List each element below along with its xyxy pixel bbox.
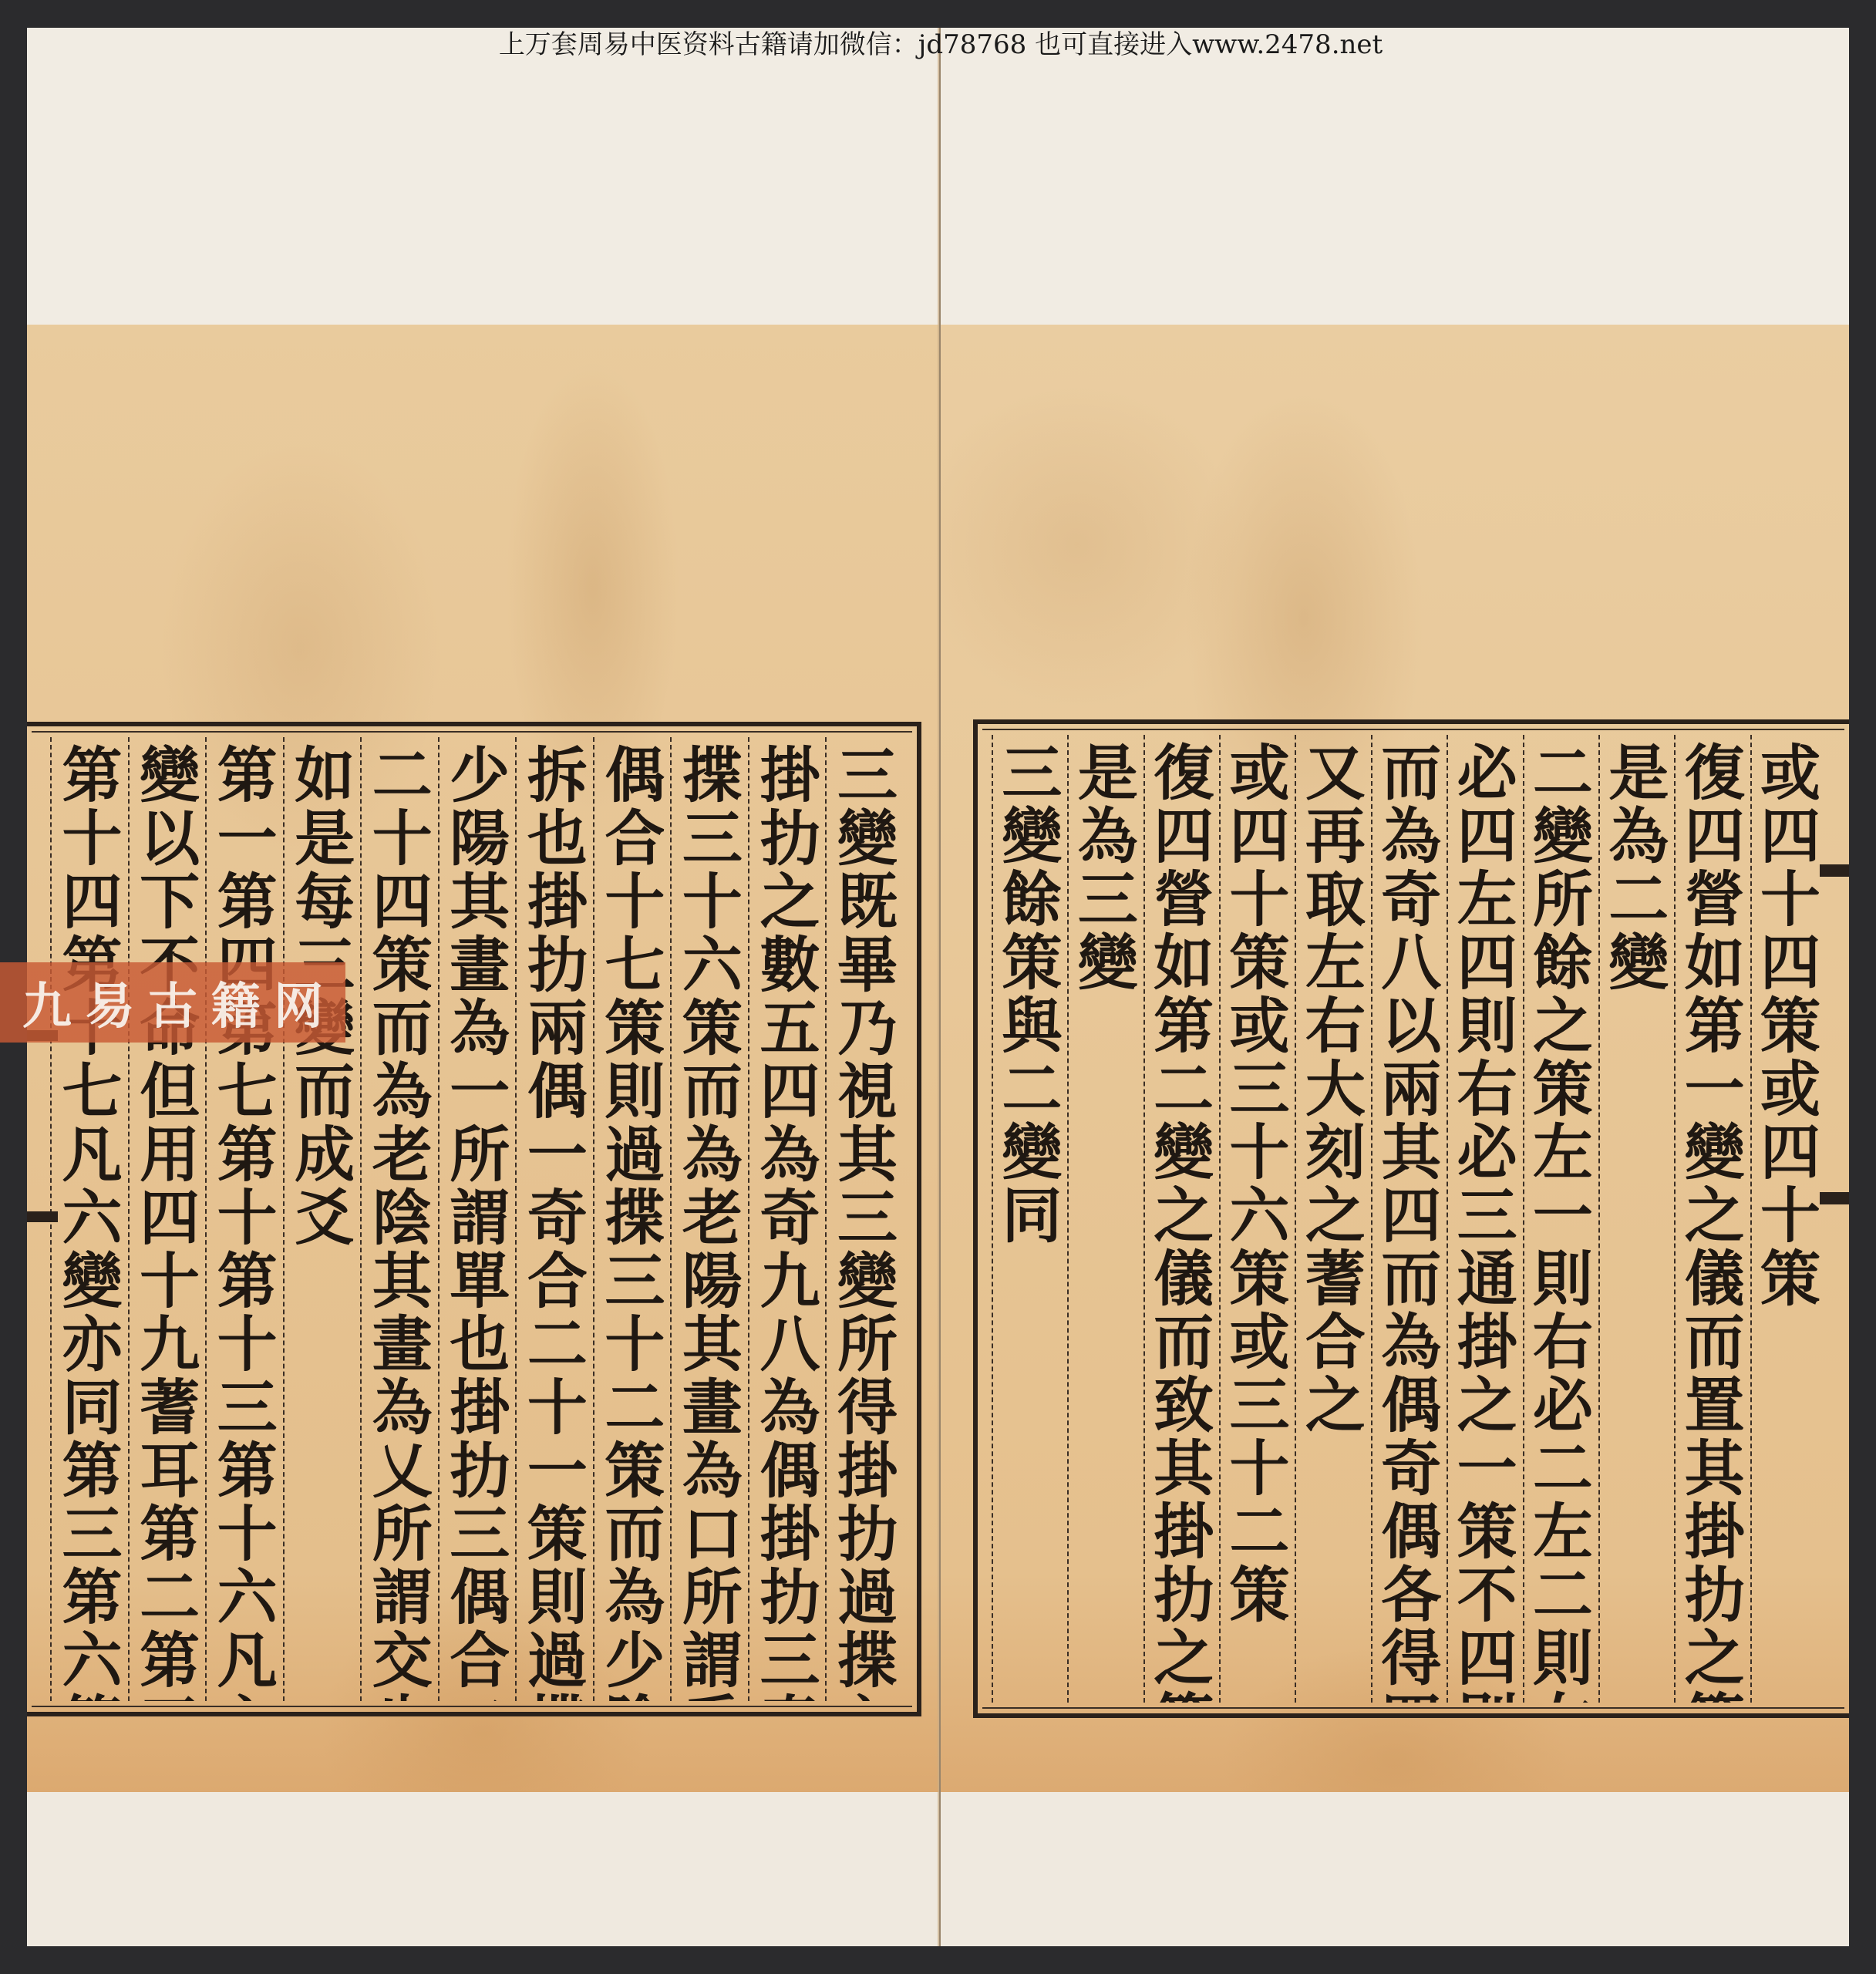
text-column: 第一第四第七第十第十三第十六凡六變並同但第三 [205, 737, 283, 1701]
header-watermark: 上万套周易中医资料古籍请加微信：jd78768 也可直接进入www.2478.n… [463, 28, 1419, 62]
left-page-paper: 三變既畢乃視其三變所得掛扐過揲之策而畫其爻於版 掛扐之數五四為奇九八為偶掛扐三奇… [27, 325, 939, 1792]
left-page-print-frame: 三變既畢乃視其三變所得掛扐過揲之策而畫其爻於版 掛扐之數五四為奇九八為偶掛扐三奇… [27, 722, 921, 1716]
text-column: 如是每三變而成爻 [283, 737, 361, 1701]
text-column: 是為三變 [1067, 735, 1143, 1703]
text-column: 少陽其畫為一所謂單也掛扐三偶合二十五策則過揲 [438, 737, 516, 1701]
text-column: 掛扐之數五四為奇九八為偶掛扐三奇合十三策則過 [748, 737, 826, 1701]
text-column: 必四左四則右必三通掛之一策不四則八四以一其四 [1447, 735, 1522, 1703]
right-page: 或四十四策或四十策 復四營如第一變之儀而置其掛扐之策於格上第二小刻 是為二變 二… [941, 28, 1849, 1946]
left-page-top-margin [27, 28, 939, 325]
right-page-bottom-margin [941, 1792, 1849, 1946]
text-column: 又再取左右大刻之蓍合之 [1295, 735, 1370, 1703]
left-page-bottom-margin [27, 1792, 939, 1946]
fold-margin-mark [27, 1211, 58, 1222]
text-column: 三變餘策與二變同 [992, 735, 1067, 1703]
text-column: 二變所餘之策左一則右必二左二則右必一左三則右 [1523, 735, 1598, 1703]
text-column: 三變既畢乃視其三變所得掛扐過揲之策而畫其爻於版 [825, 737, 903, 1701]
banner-char: 九 [22, 967, 72, 1038]
text-column: 是為二變 [1598, 735, 1674, 1703]
banner-char: 古 [148, 967, 197, 1038]
fold-margin-mark [1820, 864, 1849, 877]
text-column: 復四營如第一變之儀而置其掛扐之策於格上第二小刻 [1674, 735, 1750, 1703]
text-column: 偶合十七策則過揲三十二策而為少陰其畫為一所謂 [593, 737, 671, 1701]
text-column: 變以下不命但用四十九蓍耳第二第五第八第十一 [128, 737, 206, 1701]
banner-char: 籍 [211, 967, 261, 1038]
book-scan: 三變既畢乃視其三變所得掛扐過揲之策而畫其爻於版 掛扐之數五四為奇九八為偶掛扐三奇… [0, 0, 1876, 1974]
text-column: 二十四策而為老陰其畫為乂所謂交也 [360, 737, 438, 1701]
right-page-top-margin [941, 28, 1849, 325]
text-column: 第十四第十七凡六變亦同第三第六第九第十二第十 [50, 737, 128, 1701]
banner-char: 网 [274, 967, 323, 1038]
banner-char: 易 [85, 967, 134, 1038]
text-column: 揲三十六策而為老陽其畫為口所謂重也掛扐兩奇一 [670, 737, 748, 1701]
right-page-paper: 或四十四策或四十策 復四營如第一變之儀而置其掛扐之策於格上第二小刻 是為二變 二… [941, 325, 1849, 1792]
text-column: 或四十策或三十六策或三十二策 [1219, 735, 1295, 1703]
text-column: 而為奇八以兩其四而為偶奇偶各得四之二焉 [1371, 735, 1447, 1703]
fold-margin-mark [1820, 1192, 1849, 1204]
side-watermark-banner: 九 易 古 籍 网 [0, 962, 345, 1043]
book-spine-fold [938, 28, 941, 1946]
right-page-print-frame: 或四十四策或四十策 復四營如第一變之儀而置其掛扐之策於格上第二小刻 是為二變 二… [973, 719, 1849, 1718]
text-column: 或四十四策或四十策 [1750, 735, 1826, 1703]
left-page-text-columns: 三變既畢乃視其三變所得掛扐過揲之策而畫其爻於版 掛扐之數五四為奇九八為偶掛扐三奇… [50, 737, 903, 1701]
text-column: 復四營如第二變之儀而致其掛扐之策於格上第三小刻 [1143, 735, 1219, 1703]
right-page-text-columns: 或四十四策或四十策 復四營如第一變之儀而置其掛扐之策於格上第二小刻 是為二變 二… [992, 735, 1826, 1703]
text-column: 拆也掛扐兩偶一奇合二十一策則過揲二十八策而為 [515, 737, 593, 1701]
